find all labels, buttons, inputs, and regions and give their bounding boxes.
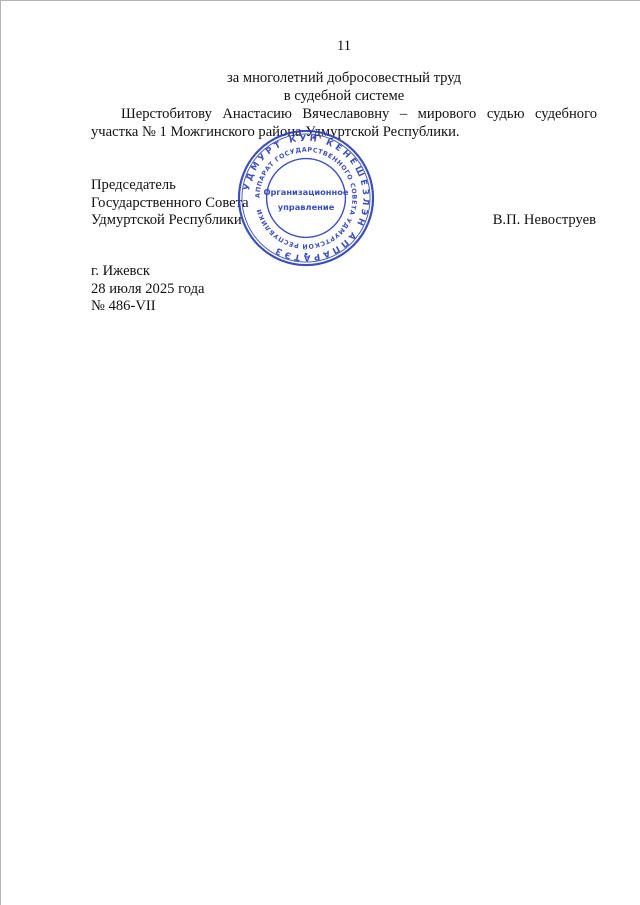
document-number: № 486-VII bbox=[91, 298, 156, 315]
signatory-title-line-2: Государственного Совета bbox=[91, 195, 249, 212]
issue-place: г. Ижевск bbox=[91, 263, 150, 280]
signatory-name: В.П. Невоструев bbox=[493, 212, 596, 229]
signatory-title-line-1: Председатель bbox=[91, 177, 176, 194]
issue-date: 28 июля 2025 года bbox=[91, 281, 204, 298]
document-page: 11 за многолетний добросовестный труд в … bbox=[0, 0, 640, 905]
award-title-line-1: за многолетний добросовестный труд bbox=[91, 70, 597, 87]
signatory-title-line-3: Удмуртской Республики bbox=[91, 212, 242, 229]
stamp-center-line-1: Организационное bbox=[263, 187, 348, 197]
recipient-line-1: Шерстобитову Анастасию Вячеславовну – ми… bbox=[91, 105, 597, 123]
official-stamp-icon: УДМУРТ КУН КЕНЕШЕЗЛЭН АППАРАТЭЗ АППАРАТ … bbox=[237, 129, 375, 267]
svg-text:АППАРАТ ГОСУДАРСТВЕННОГО СОВЕТ: АППАРАТ ГОСУДАРСТВЕННОГО СОВЕТА УДМУРТСК… bbox=[255, 147, 358, 252]
stamp-center-line-2: управление bbox=[278, 202, 335, 212]
page-number: 11 bbox=[91, 38, 597, 55]
stamp-inner-text: АППАРАТ ГОСУДАРСТВЕННОГО СОВЕТА УДМУРТСК… bbox=[255, 147, 358, 252]
award-title-line-2: в судебной системе bbox=[91, 88, 597, 105]
